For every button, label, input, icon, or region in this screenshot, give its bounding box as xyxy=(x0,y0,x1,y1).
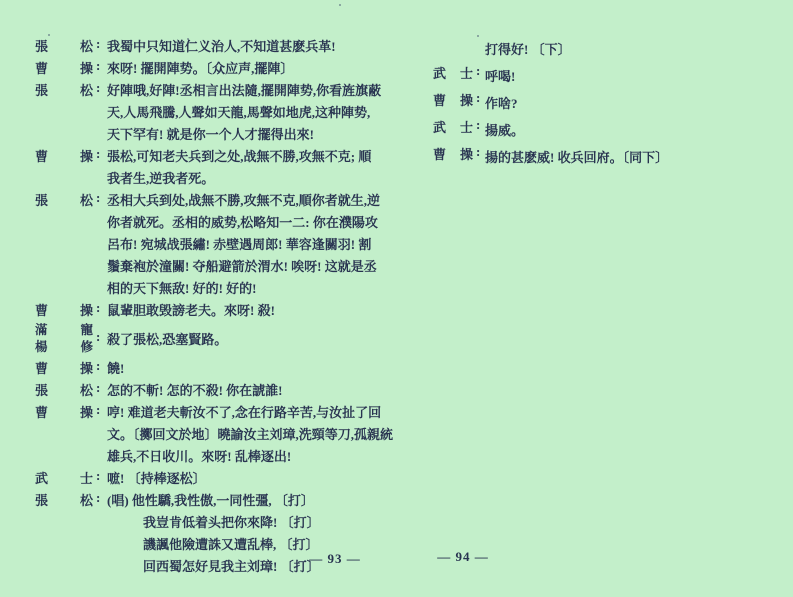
speaker-colon: : xyxy=(96,190,100,206)
speaker-name: 張松 xyxy=(35,380,93,399)
speech-block: 打得好! 〔下〕 xyxy=(485,36,778,63)
speaker-name: 曹操 xyxy=(35,146,93,165)
speech-line: 來呀! 擺開陣势。〔众应声,擺陣〕 xyxy=(107,58,407,80)
speaker-colon: : xyxy=(96,36,100,52)
speech-line: 相的天下無敌! 好的! 好的! xyxy=(107,278,407,300)
speech-line: 張松,可知老夫兵到之处,战無不勝,攻無不克; 順 xyxy=(107,146,407,168)
speaker-colon: : xyxy=(96,490,100,506)
speech-line: 打得好! 〔下〕 xyxy=(485,36,778,63)
dialogue-entry: 武士:嗻! 〔持棒逐松〕 xyxy=(35,468,407,490)
verse-line: 我豈肯低着头把你來降! 〔打〕 xyxy=(143,512,407,534)
speaker-char: 張 xyxy=(35,190,48,209)
speech-line: 怎的不斬! 怎的不殺! 你在諕誰! xyxy=(107,380,407,402)
speech-line: 我蜀中只知道仁义治人,不知道甚麽兵革! xyxy=(107,36,407,58)
dialogue-entry: 張松:我蜀中只知道仁义治人,不知道甚麽兵革! xyxy=(35,36,407,58)
speaker-name: 張松 xyxy=(35,490,93,509)
speaker-char: 張 xyxy=(35,36,48,55)
dialogue-entry: 曹操:鼠輩胆敢毁謗老夫。來呀! 殺! xyxy=(35,300,407,322)
speech-line: 鼠輩胆敢毁謗老夫。來呀! 殺! xyxy=(107,300,407,322)
speaker-name: 曹操 xyxy=(35,358,93,377)
speech-line: 我者生,逆我者死。 xyxy=(107,168,407,190)
scan-speck xyxy=(339,4,341,6)
speech-line: 好陣哦,好陣!丞相言出法隨,擺開陣势,你看旌旗蔽 xyxy=(107,80,407,102)
speech-line: 呼喝! xyxy=(485,63,778,90)
speech-line: 雄兵,不日收川。來呀! 乱棒逐出! xyxy=(107,446,407,468)
speaker-char: 曹 xyxy=(433,90,446,109)
speaker-colon: : xyxy=(96,58,100,74)
speaker-colon: : xyxy=(96,358,100,374)
speaker-name-stack: 滿寵楊修 xyxy=(35,322,93,356)
speaker-char: 操 xyxy=(80,300,93,319)
speech-line: 揚的甚麽威! 收兵回府。〔同下〕 xyxy=(485,144,778,171)
speaker-char: 操 xyxy=(80,358,93,377)
right-page-column: 打得好! 〔下〕武士:呼喝!曹操:作啥?武士:揚威。曹操:揚的甚麽威! 收兵回府… xyxy=(433,36,778,171)
speaker-char: 滿 xyxy=(35,322,48,339)
speaker-char: 松 xyxy=(80,80,93,99)
speech-line: 呂布! 宛城战張繡! 赤壁遇周郎! 華容逢關羽! 割 xyxy=(107,234,407,256)
speaker-char: 曹 xyxy=(433,144,446,163)
speech-line: 揚威。 xyxy=(485,117,778,144)
speaker-colon: : xyxy=(96,402,100,418)
speaker-char: 松 xyxy=(80,190,93,209)
speaker-name: 曹操 xyxy=(433,144,473,163)
speaker-colon: : xyxy=(476,144,480,160)
speech-block: 好陣哦,好陣!丞相言出法隨,擺開陣势,你看旌旗蔽天,人馬飛騰,人聲如天龍,馬聲如… xyxy=(107,80,407,146)
speaker-char: 曹 xyxy=(35,58,48,77)
speaker-name: 曹操 xyxy=(35,58,93,77)
speech-block: 丞相大兵到处,战無不勝,攻無不克,順你者就生,逆你者就死。丞相的威势,松略知一二… xyxy=(107,190,407,300)
speaker-char: 士 xyxy=(460,63,473,82)
dialogue-entry: 曹操:張松,可知老夫兵到之处,战無不勝,攻無不克; 順我者生,逆我者死。 xyxy=(35,146,407,190)
speaker-char: 操 xyxy=(460,90,473,109)
speaker-colon: : xyxy=(96,300,100,316)
speaker-name: 曹操 xyxy=(433,90,473,109)
speaker-char: 張 xyxy=(35,380,48,399)
speaker-name: 曹操 xyxy=(35,402,93,421)
speaker-char: 曹 xyxy=(35,146,48,165)
speaker-char: 松 xyxy=(80,380,93,399)
speech-line: 鬚棄袍於潼關! 夺船避箭於渭水! 唉呀! 这就是丞 xyxy=(107,256,407,278)
speech-block: 作啥? xyxy=(485,90,778,117)
speaker-colon: : xyxy=(476,117,480,133)
speech-line: 嗻! 〔持棒逐松〕 xyxy=(107,468,407,490)
speaker-char: 操 xyxy=(80,402,93,421)
dialogue-entry: 曹操:揚的甚麽威! 收兵回府。〔同下〕 xyxy=(433,144,778,171)
speaker-char: 武 xyxy=(433,117,446,136)
speaker-name: 武士 xyxy=(433,63,473,82)
dialogue-entry: 滿寵楊修:殺了張松,恐塞賢路。 xyxy=(35,322,407,358)
speaker-char: 楊 xyxy=(35,339,48,356)
speech-line: 殺了張松,恐塞賢路。 xyxy=(107,322,407,358)
speech-block: 我蜀中只知道仁义治人,不知道甚麽兵革! xyxy=(107,36,407,58)
speaker-char: 武 xyxy=(433,63,446,82)
speaker-char: 曹 xyxy=(35,300,48,319)
speech-line: (唱) 他性驕,我性傲,一同性彊, 〔打〕 xyxy=(107,490,407,512)
dialogue-entry: 張松:好陣哦,好陣!丞相言出法隨,擺開陣势,你看旌旗蔽天,人馬飛騰,人聲如天龍,… xyxy=(35,80,407,146)
page-number-94: — 94 — xyxy=(427,549,499,565)
speech-block: 張松,可知老夫兵到之处,战無不勝,攻無不克; 順我者生,逆我者死。 xyxy=(107,146,407,190)
speech-line: 丞相大兵到处,战無不勝,攻無不克,順你者就生,逆 xyxy=(107,190,407,212)
speaker-colon: : xyxy=(96,146,100,162)
speech-block: 哼! 难道老夫斬汝不了,念在行路辛苦,与汝扯了回文。〔擲回文於地〕曉諭汝主刘璋,… xyxy=(107,402,407,468)
speaker-char: 張 xyxy=(35,80,48,99)
speaker-name: 楊修 xyxy=(35,339,93,356)
speech-block: 怎的不斬! 怎的不殺! 你在諕誰! xyxy=(107,380,407,402)
speech-block: 殺了張松,恐塞賢路。 xyxy=(107,322,407,358)
speaker-char: 士 xyxy=(460,117,473,136)
speaker-char: 修 xyxy=(80,339,93,356)
speech-block: 呼喝! xyxy=(485,63,778,90)
speaker-name: 武士 xyxy=(433,117,473,136)
speech-line: 天,人馬飛騰,人聲如天龍,馬聲如地虎,这种陣势, xyxy=(107,102,407,124)
speaker-name: 張松 xyxy=(35,80,93,99)
speech-block: 饒! xyxy=(107,358,407,380)
speaker-colon: : xyxy=(96,380,100,396)
speech-block: 揚威。 xyxy=(485,117,778,144)
speaker-char: 操 xyxy=(460,144,473,163)
speaker-char: 曹 xyxy=(35,358,48,377)
speech-line: 饒! xyxy=(107,358,407,380)
dialogue-entry: 張松:丞相大兵到处,战無不勝,攻無不克,順你者就生,逆你者就死。丞相的威势,松略… xyxy=(35,190,407,300)
page-number-93: — 93 — xyxy=(299,551,371,567)
dialogue-entry: 曹操:饒! xyxy=(35,358,407,380)
dialogue-entry: 打得好! 〔下〕 xyxy=(433,36,778,63)
speaker-colon: : xyxy=(476,63,480,79)
speaker-char: 松 xyxy=(80,36,93,55)
speech-line: 你者就死。丞相的威势,松略知一二: 你在濮陽攻 xyxy=(107,212,407,234)
speaker-char: 操 xyxy=(80,146,93,165)
dialogue-entry: 曹操:來呀! 擺開陣势。〔众应声,擺陣〕 xyxy=(35,58,407,80)
speaker-colon: : xyxy=(476,90,480,106)
speaker-char: 士 xyxy=(80,468,93,487)
speech-block: 嗻! 〔持棒逐松〕 xyxy=(107,468,407,490)
speaker-char: 操 xyxy=(80,58,93,77)
speaker-name: 滿寵 xyxy=(35,322,93,339)
dialogue-entry: 武士:揚威。 xyxy=(433,117,778,144)
speaker-name: 張松 xyxy=(35,36,93,55)
speech-line: 哼! 难道老夫斬汝不了,念在行路辛苦,与汝扯了回 xyxy=(107,402,407,424)
dialogue-entry: 張松:怎的不斬! 怎的不殺! 你在諕誰! xyxy=(35,380,407,402)
script-page: 張松:我蜀中只知道仁义治人,不知道甚麽兵革!曹操:來呀! 擺開陣势。〔众应声,擺… xyxy=(0,0,793,597)
speech-line: 天下罕有! 就是你一个人才擺得出來! xyxy=(107,124,407,146)
speech-block: 揚的甚麽威! 收兵回府。〔同下〕 xyxy=(485,144,778,171)
dialogue-entry: 武士:呼喝! xyxy=(433,63,778,90)
dialogue-entry: 曹操:作啥? xyxy=(433,90,778,117)
speaker-char: 松 xyxy=(80,490,93,509)
speech-block: 鼠輩胆敢毁謗老夫。來呀! 殺! xyxy=(107,300,407,322)
speaker-name: 武士 xyxy=(35,468,93,487)
speaker-char: 張 xyxy=(35,490,48,509)
speaker-char: 寵 xyxy=(80,322,93,339)
speech-line: 文。〔擲回文於地〕曉諭汝主刘璋,洗頸等刀,孤親統 xyxy=(107,424,407,446)
speaker-colon: : xyxy=(96,329,100,345)
speech-line: 作啥? xyxy=(485,90,778,117)
dialogue-entry: 曹操:哼! 难道老夫斬汝不了,念在行路辛苦,与汝扯了回文。〔擲回文於地〕曉諭汝主… xyxy=(35,402,407,468)
speaker-char: 曹 xyxy=(35,402,48,421)
left-page-column: 張松:我蜀中只知道仁义治人,不知道甚麽兵革!曹操:來呀! 擺開陣势。〔众应声,擺… xyxy=(35,36,407,578)
speaker-colon: : xyxy=(96,80,100,96)
speaker-name: 張松 xyxy=(35,190,93,209)
speech-block: 來呀! 擺開陣势。〔众应声,擺陣〕 xyxy=(107,58,407,80)
speaker-colon: : xyxy=(96,468,100,484)
speaker-name: 曹操 xyxy=(35,300,93,319)
speaker-char: 武 xyxy=(35,468,48,487)
